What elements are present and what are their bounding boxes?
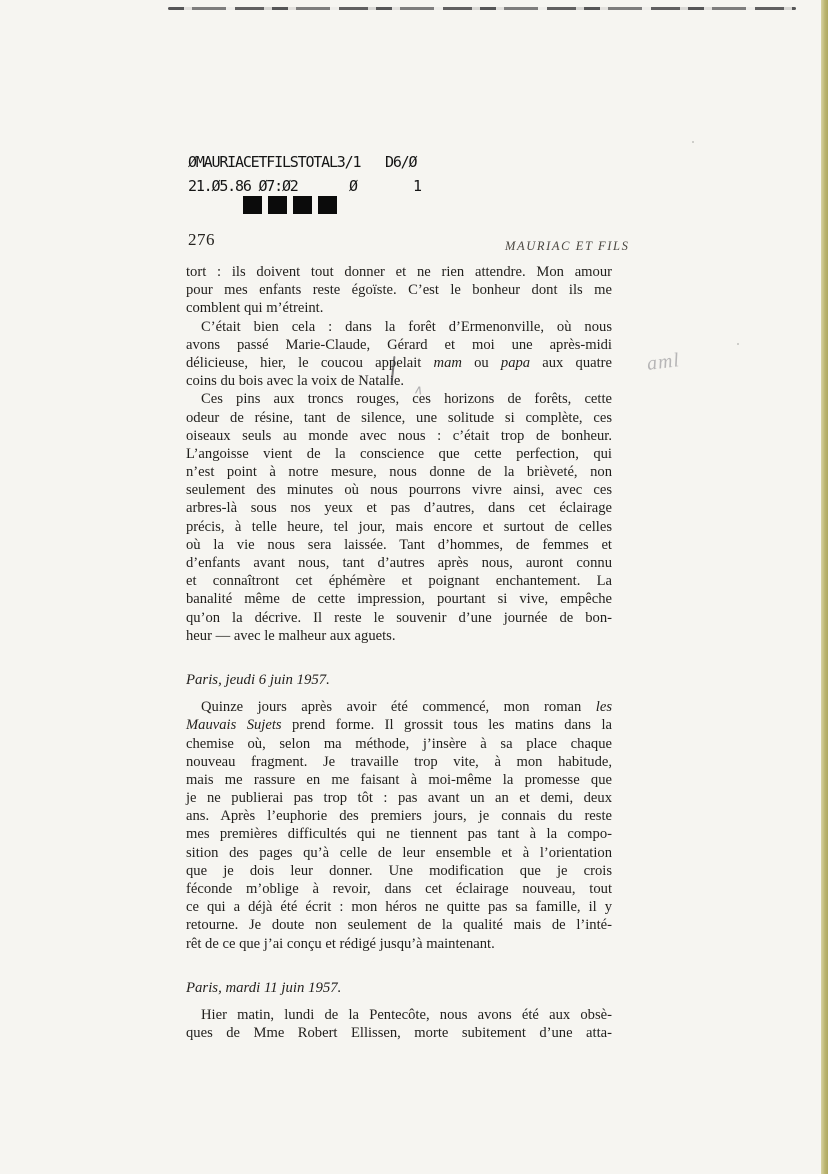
scan-artifact-top-line xyxy=(168,7,796,10)
text-line: comblent qui m’étreint. xyxy=(186,299,612,317)
text-line: sition des pages qu’à celle de leur ense… xyxy=(186,844,612,862)
text-line: banalité même de cette impression, pourt… xyxy=(186,590,612,608)
text-line: L’angoisse vient de la conscience que ce… xyxy=(186,445,612,463)
fax-calibration-blocks xyxy=(243,196,337,214)
text-line: rêt de ce que j’ai conçu et rédigé jusqu… xyxy=(186,935,612,953)
text-line: chemise où, selon ma méthode, j’insère à… xyxy=(186,735,612,753)
text-line: je ne publierai pas trop tôt : pas avant… xyxy=(186,789,612,807)
text-line: ce qui a déjà été écrit : mon héros ne q… xyxy=(186,898,612,916)
text-line: odeur de résine, tant de silence, une so… xyxy=(186,409,612,427)
text-line: seulement des minutes où nous pourrons v… xyxy=(186,481,612,499)
text-line: oiseaux seuls au monde avec nous : c’éta… xyxy=(186,427,612,445)
running-title: MAURIAC ET FILS xyxy=(505,239,629,254)
text-line: d’enfants avant nous, tant d’autres aprè… xyxy=(186,554,612,572)
scanned-book-page: ØMAURIACETFILSTOTAL3/1 D6/Ø 21.Ø5.86 Ø7:… xyxy=(0,0,828,1174)
text-line: qu’on la décrive. Il reste le souvenir d… xyxy=(186,609,612,627)
text-line: ques de Mme Robert Ellissen, morte subit… xyxy=(186,1024,612,1042)
text-line: tort : ils doivent tout donner et ne rie… xyxy=(186,263,612,281)
text-line: avons passé Marie-Claude, Gérard et moi … xyxy=(186,336,612,354)
fax-counter-one: 1 xyxy=(413,177,421,195)
text-line: délicieuse, hier, le coucou appelait mam… xyxy=(186,354,612,372)
paragraph: tort : ils doivent tout donner et ne rie… xyxy=(186,263,612,318)
text-line: ans. Après l’euphorie des premiers jours… xyxy=(186,807,612,825)
text-line: féconde m’oblige à revoir, dans cet écla… xyxy=(186,880,612,898)
handwritten-margin-note: aml xyxy=(646,349,682,376)
text-line: où la vie nous sera laissée. Tant d’homm… xyxy=(186,536,612,554)
text-line: C’était bien cela : dans la forêt d’Erme… xyxy=(186,318,612,336)
fax-counter-zero: Ø xyxy=(349,177,357,195)
text-line: Hier matin, lundi de la Pentecôte, nous … xyxy=(186,1006,612,1024)
text-line: que je dois leur donner. Une modificatio… xyxy=(186,862,612,880)
paragraph: Ces pins aux troncs rouges, ces horizons… xyxy=(186,390,612,645)
fax-black-square xyxy=(243,196,262,214)
text-line: mais me rassure en me faisant à moi-même… xyxy=(186,771,612,789)
text-line: Quinze jours après avoir été commencé, m… xyxy=(186,698,612,716)
text-line: retourne. Je doute non seulement de la q… xyxy=(186,916,612,934)
fax-id-text: ØMAURIACETFILSTOTAL3/1 xyxy=(188,153,360,171)
text-line: pour mes enfants reste égoïste. C’est le… xyxy=(186,281,612,299)
paper-speck xyxy=(692,141,694,143)
text-line: arbres-là sous nos yeux et pas d’autres,… xyxy=(186,499,612,517)
text-line: Ces pins aux troncs rouges, ces horizons… xyxy=(186,390,612,408)
date-heading: Paris, jeudi 6 juin 1957. xyxy=(186,671,612,689)
fax-black-square xyxy=(318,196,337,214)
text-line: nouveau fragment. Je travaille trop vite… xyxy=(186,753,612,771)
text-line: coins du bois avec la voix de Natalie. xyxy=(186,372,612,390)
fax-code-text: D6/Ø xyxy=(385,153,416,171)
paragraph: Quinze jours après avoir été commencé, m… xyxy=(186,698,612,953)
body-text: tort : ils doivent tout donner et ne rie… xyxy=(186,263,612,1042)
text-line: Mauvais Sujets prend forme. Il grossit t… xyxy=(186,716,612,734)
fax-datetime-text: 21.Ø5.86 Ø7:Ø2 xyxy=(188,177,298,195)
paper-speck xyxy=(737,343,739,345)
paragraph: C’était bien cela : dans la forêt d’Erme… xyxy=(186,318,612,391)
text-line: et connaîtront cet éphémère et poignant … xyxy=(186,572,612,590)
text-line: précis, à telle heure, tel jour, mais en… xyxy=(186,518,612,536)
date-heading: Paris, mardi 11 juin 1957. xyxy=(186,979,612,997)
paragraph: Hier matin, lundi de la Pentecôte, nous … xyxy=(186,1006,612,1042)
page-number: 276 xyxy=(188,230,215,250)
text-line: heur — avec le malheur aux aguets. xyxy=(186,627,612,645)
text-line: n’est point à notre mesure, nous donne d… xyxy=(186,463,612,481)
text-line: mes premières difficultés qui ne tiennen… xyxy=(186,825,612,843)
scan-edge-strip xyxy=(821,0,828,1174)
fax-black-square xyxy=(268,196,287,214)
fax-black-square xyxy=(293,196,312,214)
